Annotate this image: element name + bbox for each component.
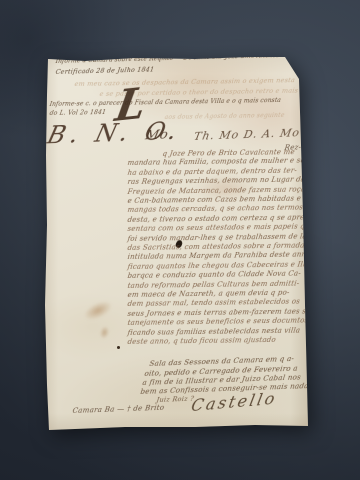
manuscript-lines: Informe a Camara sobre este Reqmto — Do … (45, 55, 309, 432)
body-line: das Sacristias, com attestados sobre a f… (127, 243, 305, 252)
body-line: q Joze Pero de Brito Cavalcante me (162, 149, 295, 158)
body-line: deste anno, q tudo ficou assim ajustado (127, 337, 276, 346)
bleedthrough-line: e se passe por certidao o theor do despa… (99, 88, 298, 98)
rubric-abbreviations: Th. Mo D. A. Mo (193, 127, 301, 142)
body-line: sentara com os seus attestados e mais pa… (127, 224, 305, 233)
closing-line: oito, pedido e Carregado de Fevereiro a (144, 365, 298, 378)
body-line: mangas todas cercadas, q se achao nos te… (127, 205, 303, 214)
stain (81, 297, 115, 323)
body-line: desta, e tiverao o estado com certeza q … (127, 214, 307, 224)
stain (98, 325, 110, 340)
annotation-line: Certificado 28 de Julho 1841 (55, 67, 154, 76)
rubric-initials-small: Mo (144, 128, 170, 142)
body-line: seus Jornaes e mais terras abem-fazerem … (127, 308, 317, 318)
photo-canvas: { "scene": { "colors": { "background": "… (0, 0, 360, 480)
body-line: ha abaixo e da parte daquem, dentro das … (127, 167, 297, 176)
closing-line: a fim de ia Illustrar e dar Juizo Cabal … (142, 373, 301, 386)
signature: Castello (190, 391, 279, 415)
bleedthrough-line: em meu cazo se os despachos da Camara as… (74, 77, 295, 87)
body-line: dem passar mal, tendo assim estabelecido… (127, 299, 300, 308)
closing-line: bem as Confissois a conseguir-se mais na… (140, 382, 309, 395)
body-line: foi servido mandar-lhes q se trabalhasse… (127, 233, 307, 243)
body-line: ficando suas familias estabelecidas nest… (127, 327, 301, 336)
body-line: barqca e conduzio quanto da Cidade Nova … (127, 271, 301, 280)
manuscript-photo: Informe a Camara sobre este Reqmto — Do … (45, 55, 309, 432)
closing-line: Camara Ba — † de Brito (72, 405, 165, 415)
ink-blot (117, 346, 120, 349)
closing-line: Sala das Sessoens da Camara em q a- (149, 355, 295, 367)
manuscript-paper: Informe a Camara sobre este Reqmto — Do … (45, 55, 309, 432)
body-line: e Can-baixamento com Cazas bem habitadas… (127, 196, 301, 205)
body-line: mandara hua Familia, composta de mulher … (127, 158, 312, 168)
body-line: ficarao quantos lhe chegou das Cabeceira… (127, 261, 323, 271)
ink-blot (175, 239, 183, 248)
rubric-tall-mark: L (112, 82, 149, 128)
stain (195, 175, 255, 201)
body-line: Freguezia de Mataranca, aonde fazem sua … (127, 186, 306, 195)
body-line: tanejamente os seus beneficios e seus do… (127, 318, 309, 328)
body-line: intitulada numa Margem da Parahiba deste… (127, 252, 311, 262)
body-line: em maeca de Nazareth, a quem devia q po- (127, 290, 290, 299)
body-line: ras Reguengas vezinhas, demoram no Lugar… (127, 177, 306, 186)
bleedthrough-line: aos dous de Agosto do anno seguinte (164, 113, 285, 121)
annotation-line: do L. Vol 2o 1841 (49, 110, 106, 117)
annotation-line: Informe-se c. o parecer do Fiscal da Cam… (49, 98, 281, 108)
body-line: tando reformado pellas Culturas bem admi… (127, 280, 300, 289)
rubric-initials: B. N. O. (45, 118, 184, 147)
rubric-word: Rez- (284, 144, 302, 152)
closing-line: Juiz Roiz ? (156, 396, 194, 404)
annotation-line: Informe a Camara sobre este Reqmto — Do … (55, 53, 280, 65)
